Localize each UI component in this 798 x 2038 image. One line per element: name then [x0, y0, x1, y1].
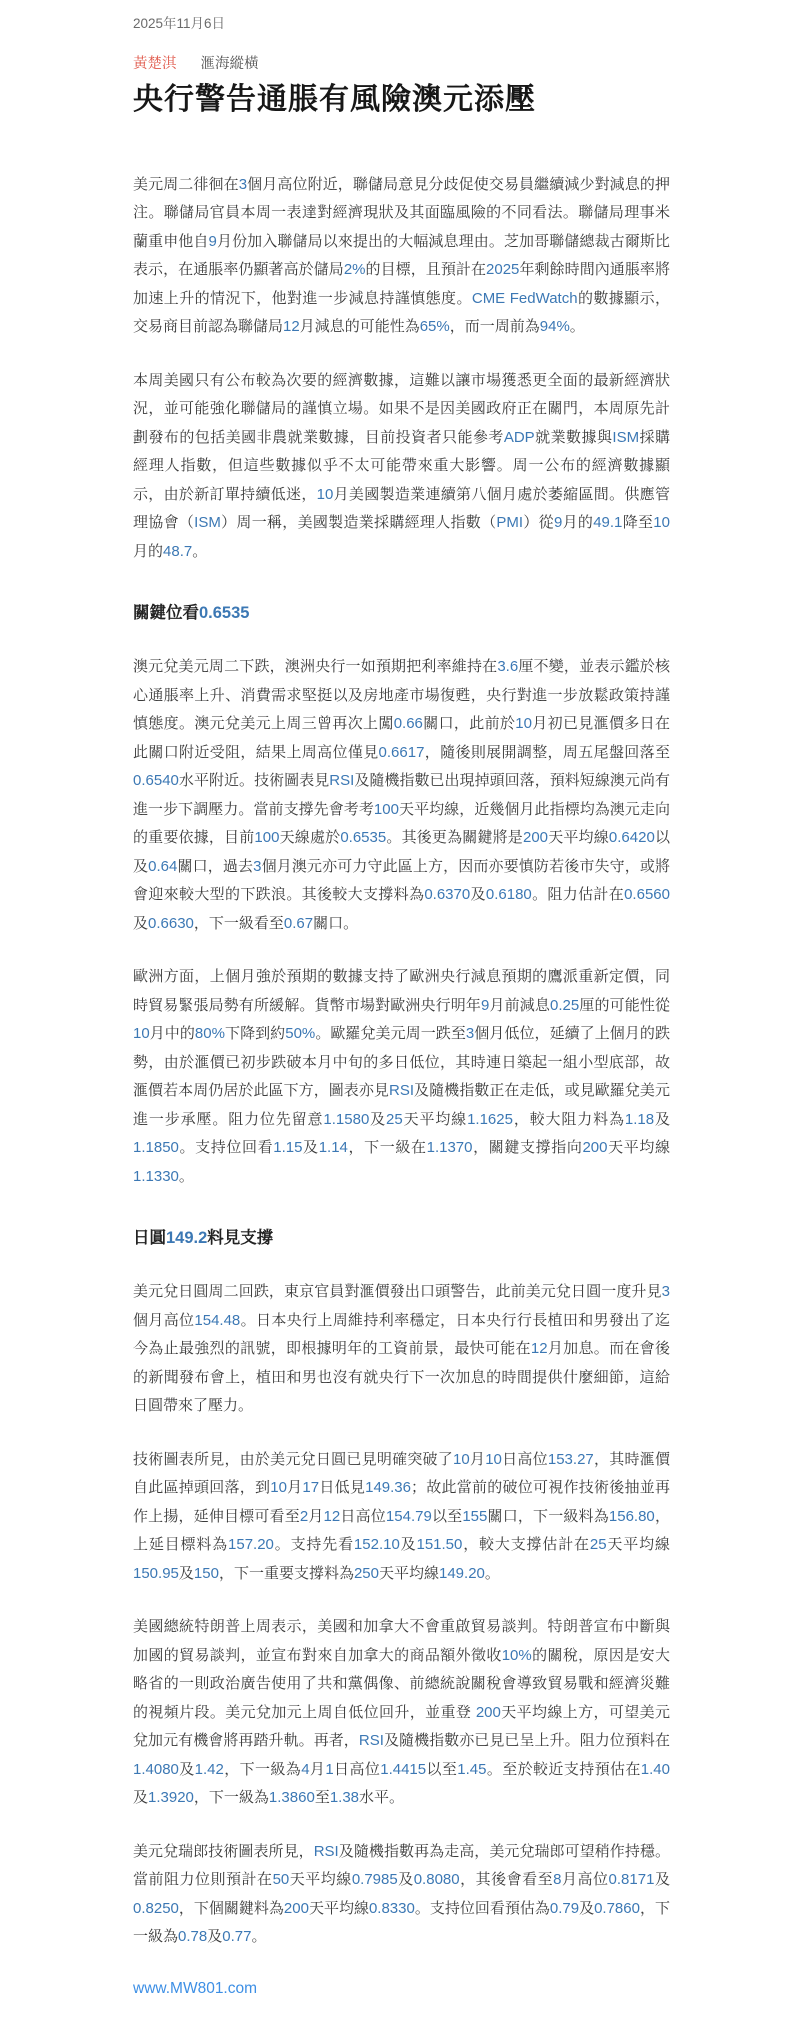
- numeric-text: RSI: [329, 772, 354, 789]
- numeric-text: 0.8330: [369, 1900, 415, 1917]
- numeric-text: 1.14: [319, 1139, 348, 1156]
- numeric-text: 94%: [540, 318, 570, 335]
- numeric-text: 0.8171: [609, 1871, 655, 1888]
- numeric-text: RSI: [389, 1082, 414, 1099]
- numeric-text: 25: [386, 1111, 403, 1128]
- numeric-text: 10%: [502, 1647, 532, 1664]
- numeric-text: 1.1330: [133, 1168, 179, 1185]
- numeric-text: 1.45: [457, 1761, 486, 1778]
- numeric-text: 149.2: [166, 1229, 207, 1247]
- numeric-text: 0.67: [284, 915, 313, 932]
- numeric-text: 0.25: [550, 997, 579, 1014]
- section-heading: 日圓149.2料見支撐: [133, 1227, 670, 1250]
- article-paragraph: 歐洲方面，上個月強於預期的數據支持了歐洲央行減息預期的鷹派重新定價，同時貿易緊張…: [133, 963, 670, 1191]
- numeric-text: 0.6535: [340, 829, 386, 846]
- numeric-text: 3: [466, 1025, 474, 1042]
- article-body: 美元周二徘徊在3個月高位附近，聯儲局意見分歧促使交易員繼續減少對減息的押注。聯儲…: [133, 171, 670, 1952]
- numeric-text: 0.6560: [624, 886, 670, 903]
- article-page: 2025年11月6日 黃楚淇 滙海縱橫 央行警告通脹有風險澳元添壓 美元周二徘徊…: [0, 0, 798, 2038]
- author-link[interactable]: 黃楚淇: [133, 56, 177, 72]
- numeric-text: PMI: [496, 514, 523, 531]
- article-paragraph: 美元周二徘徊在3個月高位附近，聯儲局意見分歧促使交易員繼續減少對減息的押注。聯儲…: [133, 171, 670, 342]
- numeric-text: RSI: [314, 1843, 339, 1860]
- numeric-text: ADP: [504, 429, 535, 446]
- site-link[interactable]: www.MW801.com: [133, 1980, 257, 1997]
- byline: 黃楚淇 滙海縱橫: [133, 52, 670, 73]
- numeric-text: 1.18: [625, 1111, 654, 1128]
- numeric-text: 50: [273, 1871, 290, 1888]
- numeric-text: 12: [531, 1340, 548, 1357]
- numeric-text: 0.6630: [148, 915, 194, 932]
- numeric-text: 50%: [285, 1025, 315, 1042]
- numeric-text: 0.79: [550, 1900, 579, 1917]
- numeric-text: 10: [453, 1451, 470, 1468]
- numeric-text: 0.6180: [486, 886, 532, 903]
- numeric-text: 12: [283, 318, 300, 335]
- numeric-text: 200: [582, 1139, 607, 1156]
- numeric-text: 0.78: [178, 1928, 207, 1945]
- numeric-text: 1.40: [641, 1761, 670, 1778]
- numeric-text: 8: [553, 1871, 561, 1888]
- numeric-text: 17: [302, 1479, 319, 1496]
- numeric-text: RSI: [359, 1732, 384, 1749]
- numeric-text: 154.79: [386, 1508, 432, 1525]
- numeric-text: 10: [133, 1025, 150, 1042]
- numeric-text: 80%: [195, 1025, 225, 1042]
- article-paragraph: 澳元兌美元周二下跌，澳洲央行一如預期把利率維持在3.6厘不變，並表示鑑於核心通脹…: [133, 653, 670, 938]
- article-paragraph: 美元兌瑞郎技術圖表所見，RSI及隨機指數再為走高，美元兌瑞郎可望稍作持穩。當前阻…: [133, 1838, 670, 1952]
- numeric-text: 152.10: [354, 1536, 400, 1553]
- numeric-text: 153.27: [548, 1451, 594, 1468]
- numeric-text: 3.6: [497, 658, 518, 675]
- numeric-text: 150.95: [133, 1565, 179, 1582]
- numeric-text: 1.38: [330, 1789, 359, 1806]
- article-paragraph: 技術圖表所見，由於美元兌日圓已見明確突破了10月10日高位153.27，其時滙價…: [133, 1446, 670, 1589]
- numeric-text: 0.6420: [609, 829, 655, 846]
- numeric-text: 25: [590, 1536, 607, 1553]
- numeric-text: 65%: [420, 318, 450, 335]
- numeric-text: 49.1: [593, 514, 622, 531]
- numeric-text: 10: [515, 715, 532, 732]
- numeric-text: 0.77: [222, 1928, 251, 1945]
- article-paragraph: 美國總統特朗普上周表示，美國和加拿大不會重啟貿易談判。特朗普宣布中斷與加國的貿易…: [133, 1613, 670, 1813]
- numeric-text: 12: [324, 1508, 341, 1525]
- numeric-text: 200: [476, 1704, 501, 1721]
- numeric-text: 1.4080: [133, 1761, 179, 1778]
- numeric-text: 1.42: [195, 1761, 224, 1778]
- numeric-text: 9: [209, 233, 217, 250]
- section-heading: 關鍵位看0.6535: [133, 602, 670, 625]
- numeric-text: 250: [354, 1565, 379, 1582]
- numeric-text: 9: [481, 997, 489, 1014]
- numeric-text: 10: [485, 1451, 502, 1468]
- numeric-text: CME FedWatch: [472, 290, 578, 307]
- numeric-text: 149.20: [439, 1565, 485, 1582]
- article-paragraph: 本周美國只有公布較為次要的經濟數據，這難以讓市場獲悉更全面的最新經濟狀況，並可能…: [133, 367, 670, 567]
- numeric-text: 3: [239, 176, 247, 193]
- numeric-text: 0.8080: [414, 1871, 460, 1888]
- numeric-text: 1: [325, 1761, 333, 1778]
- numeric-text: ISM: [194, 514, 221, 531]
- numeric-text: 2025: [486, 261, 519, 278]
- numeric-text: 155: [462, 1508, 487, 1525]
- numeric-text: 1.1850: [133, 1139, 179, 1156]
- numeric-text: 9: [554, 514, 562, 531]
- numeric-text: 200: [523, 829, 548, 846]
- numeric-text: 1.15: [273, 1139, 302, 1156]
- numeric-text: 0.8250: [133, 1900, 179, 1917]
- numeric-text: 150: [194, 1565, 219, 1582]
- numeric-text: 156.80: [609, 1508, 655, 1525]
- numeric-text: 0.7985: [352, 1871, 398, 1888]
- article-title: 央行警告通脹有風險澳元添壓: [133, 81, 670, 119]
- numeric-text: 1.3860: [269, 1789, 315, 1806]
- numeric-text: 10: [270, 1479, 287, 1496]
- numeric-text: 48.7: [163, 543, 192, 560]
- numeric-text: 1.3920: [148, 1789, 194, 1806]
- numeric-text: 154.48: [194, 1312, 240, 1329]
- numeric-text: 157.20: [228, 1536, 274, 1553]
- article-paragraph: 美元兌日圓周二回跌，東京官員對滙價發出口頭警告，此前美元兌日圓一度升見3個月高位…: [133, 1278, 670, 1421]
- numeric-text: 2: [300, 1508, 308, 1525]
- column-link[interactable]: 滙海縱橫: [201, 56, 259, 72]
- numeric-text: 1.4415: [380, 1761, 426, 1778]
- numeric-text: 0.64: [148, 858, 177, 875]
- numeric-text: 1.1625: [467, 1111, 513, 1128]
- article-date: 2025年11月6日: [133, 12, 670, 32]
- numeric-text: 200: [284, 1900, 309, 1917]
- numeric-text: 151.50: [416, 1536, 462, 1553]
- numeric-text: 10: [653, 514, 670, 531]
- numeric-text: 100: [254, 829, 279, 846]
- numeric-text: 0.6370: [424, 886, 470, 903]
- footer: www.MW801.com: [133, 1980, 670, 1998]
- numeric-text: 0.7860: [594, 1900, 640, 1917]
- numeric-text: 2%: [344, 261, 366, 278]
- numeric-text: 3: [253, 858, 261, 875]
- numeric-text: 1.1370: [427, 1139, 473, 1156]
- numeric-text: 0.6540: [133, 772, 179, 789]
- numeric-text: 1.1580: [323, 1111, 369, 1128]
- numeric-text: 0.6617: [379, 744, 425, 761]
- numeric-text: 100: [374, 801, 399, 818]
- numeric-text: 0.66: [394, 715, 423, 732]
- numeric-text: 0.6535: [199, 604, 249, 622]
- numeric-text: 3: [662, 1283, 670, 1300]
- numeric-text: 4: [301, 1761, 309, 1778]
- numeric-text: ISM: [612, 429, 639, 446]
- numeric-text: 10: [317, 486, 334, 503]
- numeric-text: 149.36: [365, 1479, 411, 1496]
